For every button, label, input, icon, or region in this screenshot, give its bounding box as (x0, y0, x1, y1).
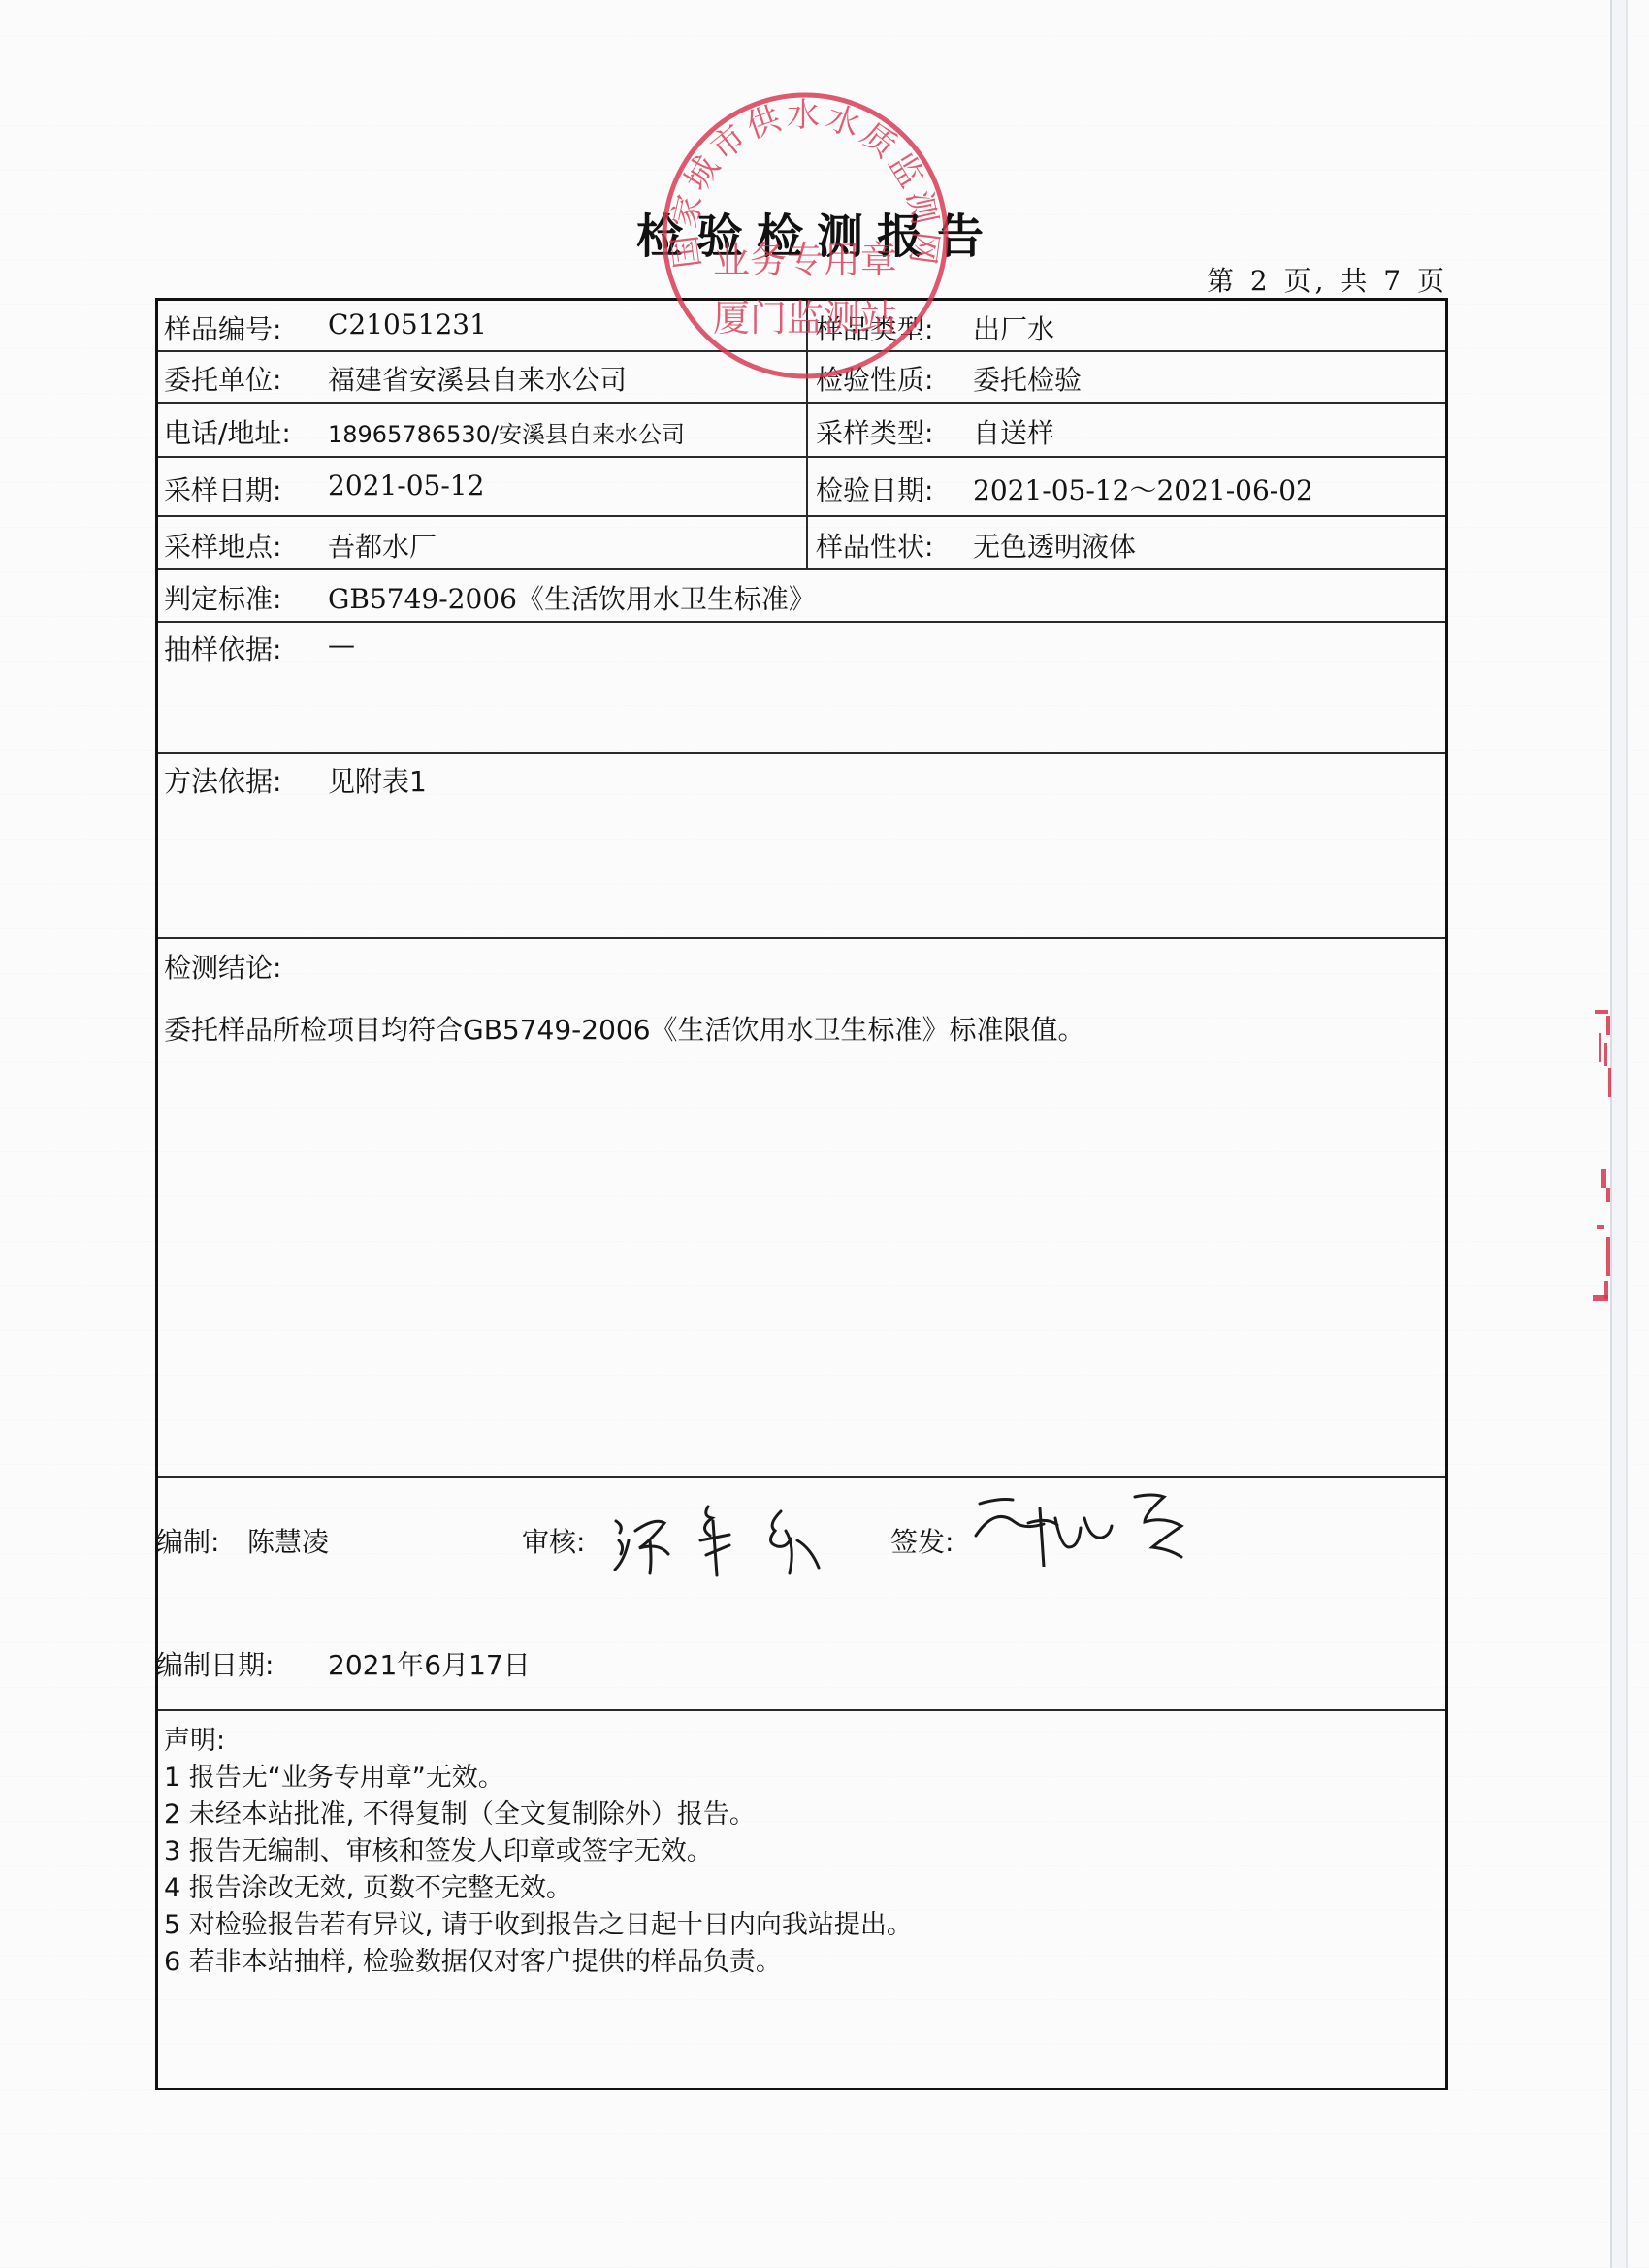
client-label: 委托单位: (164, 359, 281, 398)
prepared-by-name: 陈慧凌 (247, 1521, 329, 1560)
statement-item: 4 报告涂改无效, 页数不完整无效。 (164, 1866, 572, 1904)
sampling-date-label: 采样日期: (164, 470, 281, 508)
reviewer-signature (611, 1502, 844, 1579)
prepared-by-label: 编制: (156, 1521, 219, 1560)
sampling-site-label: 采样地点: (164, 526, 281, 565)
contact-label: 电话/地址: (164, 412, 291, 451)
row-divider (158, 402, 1445, 404)
row-divider (158, 1709, 1445, 1711)
row-divider (158, 937, 1445, 939)
inspection-nature-value: 委托检验 (973, 359, 1082, 398)
row-divider (158, 1476, 1445, 1478)
sampling-site-value: 吾都水厂 (328, 526, 436, 565)
column-divider (806, 301, 808, 570)
sample-type-value: 出厂水 (973, 308, 1054, 347)
inspection-date-label: 检验日期: (816, 470, 933, 508)
row-divider (158, 515, 1445, 517)
standard-label: 判定标准: (164, 578, 281, 617)
sampling-basis-label: 抽样依据: (164, 629, 281, 667)
client-value: 福建省安溪县自来水公司 (328, 359, 627, 398)
sampling-type-value: 自送样 (973, 412, 1054, 451)
row-divider (158, 456, 1445, 458)
sample-type-label: 样品类型: (816, 308, 933, 347)
reviewed-by-label: 审核: (522, 1521, 585, 1560)
conclusion-text: 委托样品所检项目均符合GB5749-2006《生活饮用水卫生标准》标准限值。 (164, 1009, 1085, 1048)
statement-item: 3 报告无编制、审核和签发人印章或签字无效。 (164, 1830, 713, 1867)
sample-id-label: 样品编号: (164, 308, 281, 347)
method-basis-value: 见附表1 (328, 761, 427, 799)
inspection-date-value: 2021-05-12～2021-06-02 (973, 470, 1313, 508)
sampling-date-value: 2021-05-12 (328, 470, 484, 502)
issuer-signature (970, 1489, 1203, 1567)
statement-label: 声明: (164, 1719, 225, 1757)
page-indicator: 第 2 页, 共 7 页 (1207, 260, 1448, 299)
conclusion-label: 检测结论: (164, 947, 281, 986)
row-divider (158, 752, 1445, 754)
statement-item: 5 对检验报告若有异议, 请于收到报告之日起十日内向我站提出。 (164, 1903, 913, 1941)
row-divider (158, 621, 1445, 623)
sample-appearance-value: 无色透明液体 (973, 526, 1136, 565)
inspection-nature-label: 检验性质: (816, 359, 933, 398)
statement-item: 1 报告无“业务专用章”无效。 (164, 1756, 504, 1794)
method-basis-label: 方法依据: (164, 761, 281, 799)
statement-item: 6 若非本站抽样, 检验数据仅对客户提供的样品负责。 (164, 1940, 782, 1978)
sampling-basis-value: — (328, 629, 355, 661)
issued-by-label: 签发: (890, 1521, 954, 1560)
sample-appearance-label: 样品性状: (816, 526, 933, 565)
report-table: 样品编号: C21051231 样品类型: 出厂水 委托单位: 福建省安溪县自来… (155, 298, 1448, 2090)
prep-date-value: 2021年6月17日 (328, 1644, 531, 1683)
row-divider (158, 568, 1445, 570)
seam-stamp (1591, 1004, 1620, 1314)
row-divider (158, 350, 1445, 352)
standard-value: GB5749-2006《生活饮用水卫生标准》 (328, 578, 816, 617)
sampling-type-label: 采样类型: (816, 412, 933, 451)
statement-item: 2 未经本站批准, 不得复制（全文复制除外）报告。 (164, 1793, 756, 1831)
sample-id-value: C21051231 (328, 308, 487, 340)
prep-date-label: 编制日期: (156, 1644, 274, 1683)
report-title: 检验检测报告 (636, 199, 997, 266)
contact-value: 18965786530/安溪县自来水公司 (328, 415, 685, 449)
